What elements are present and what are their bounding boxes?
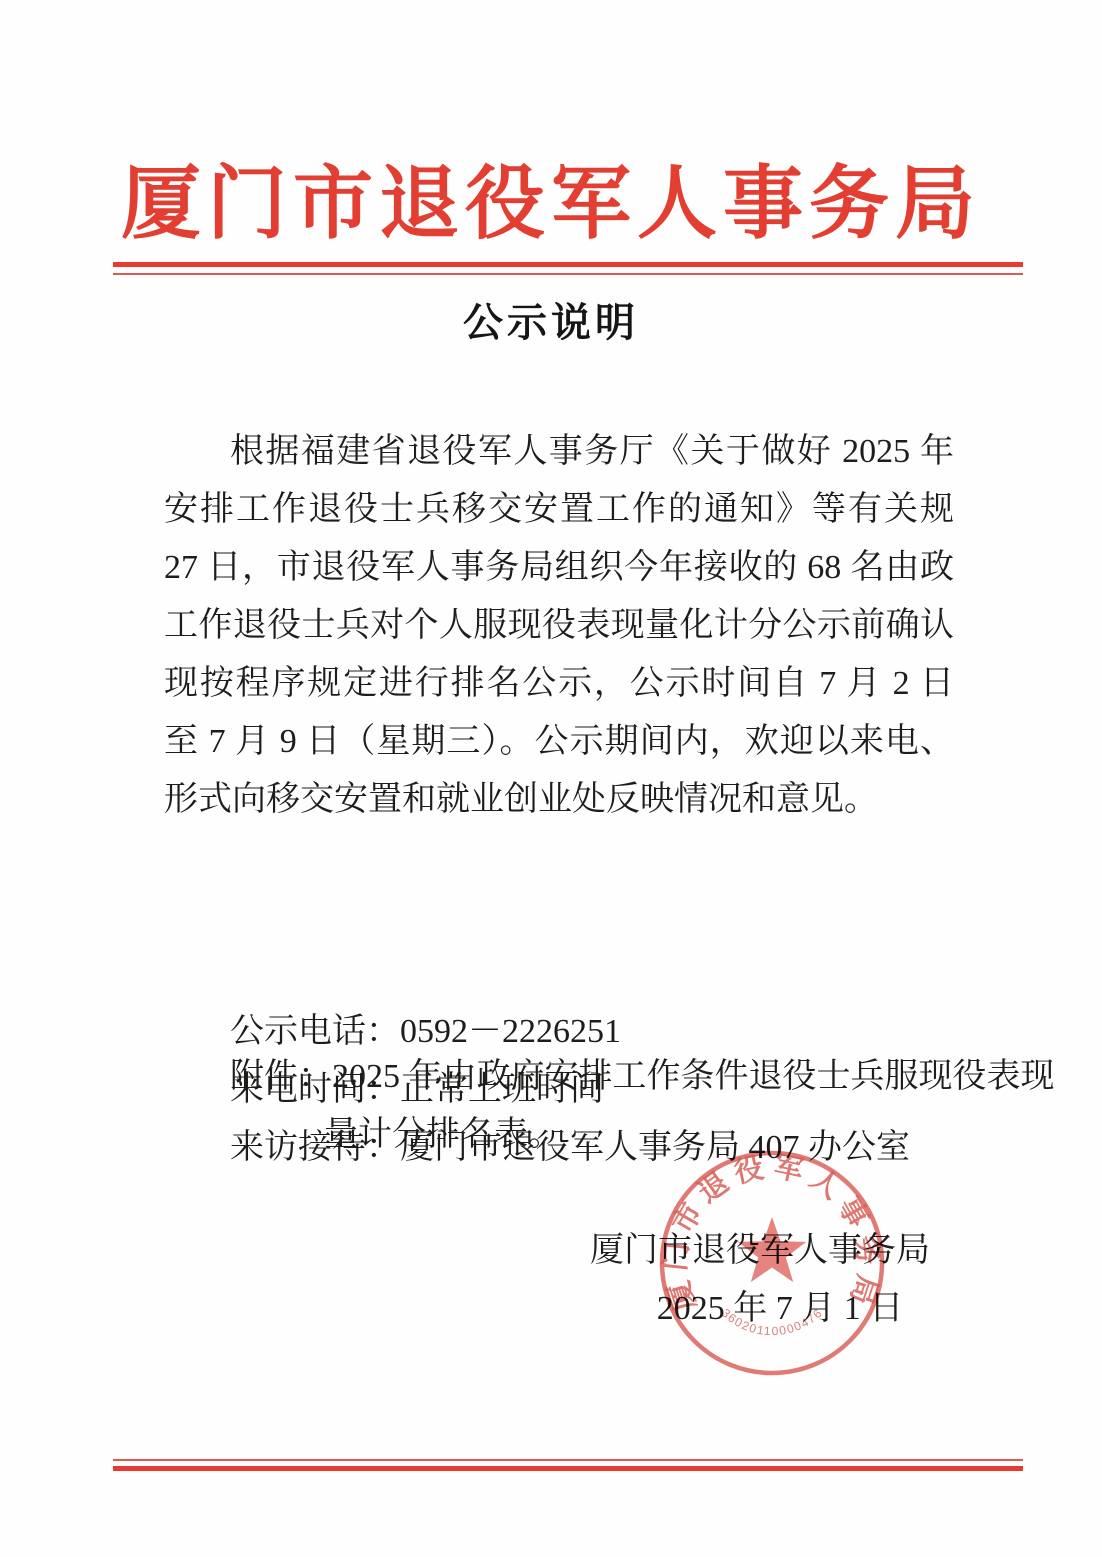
- seal-star-icon: [738, 1217, 806, 1282]
- official-seal: 厦门市退役军人事务局 36020110000476: [657, 1148, 887, 1378]
- body-paragraph: 根据福建省退役军人事务厅《关于做好 2025 年由政府 安排工作退役士兵移交安置…: [164, 423, 954, 829]
- attachment-line: 附件：2025 年由政府安排工作条件退役士兵服现役表现: [164, 1048, 984, 1106]
- rule-thick-line: [113, 262, 1023, 267]
- body-line: 形式向移交安置和就业创业处反映情况和意见。: [164, 771, 954, 829]
- body-line: 工作退役士兵对个人服现役表现量化计分公示前确认签字。: [164, 597, 954, 655]
- rule-thick-line: [113, 1466, 1023, 1471]
- footer-double-rule: [113, 1459, 1023, 1471]
- body-line: 27 日，市退役军人事务局组织今年接收的 68 名由政府安排: [164, 539, 954, 597]
- letterhead-agency-title: 厦门市退役军人事务局: [0, 150, 1102, 260]
- document-title: 公示说明: [0, 300, 1102, 346]
- body-line: 安排工作退役士兵移交安置工作的通知》等有关规定，6 月: [164, 481, 954, 539]
- body-line: 至 7 月 9 日（星期三）。公示期间内，欢迎以来电、来访等: [164, 713, 954, 771]
- rule-thin-line: [113, 1459, 1023, 1461]
- body-line: 根据福建省退役军人事务厅《关于做好 2025 年由政府: [164, 423, 954, 481]
- letterhead-double-rule: [113, 262, 1023, 275]
- attachment-note: 附件：2025 年由政府安排工作条件退役士兵服现役表现 量计分排名表。: [164, 1048, 984, 1164]
- official-notice-page: 厦门市退役军人事务局 公示说明 根据福建省退役军人事务厅《关于做好 2025 年…: [0, 0, 1102, 1557]
- rule-thin-line: [113, 273, 1023, 275]
- seal-serial-number: 36020110000476: [719, 1305, 826, 1338]
- body-line: 现按程序规定进行排名公示，公示时间自 7 月 2 日（星期三）: [164, 655, 954, 713]
